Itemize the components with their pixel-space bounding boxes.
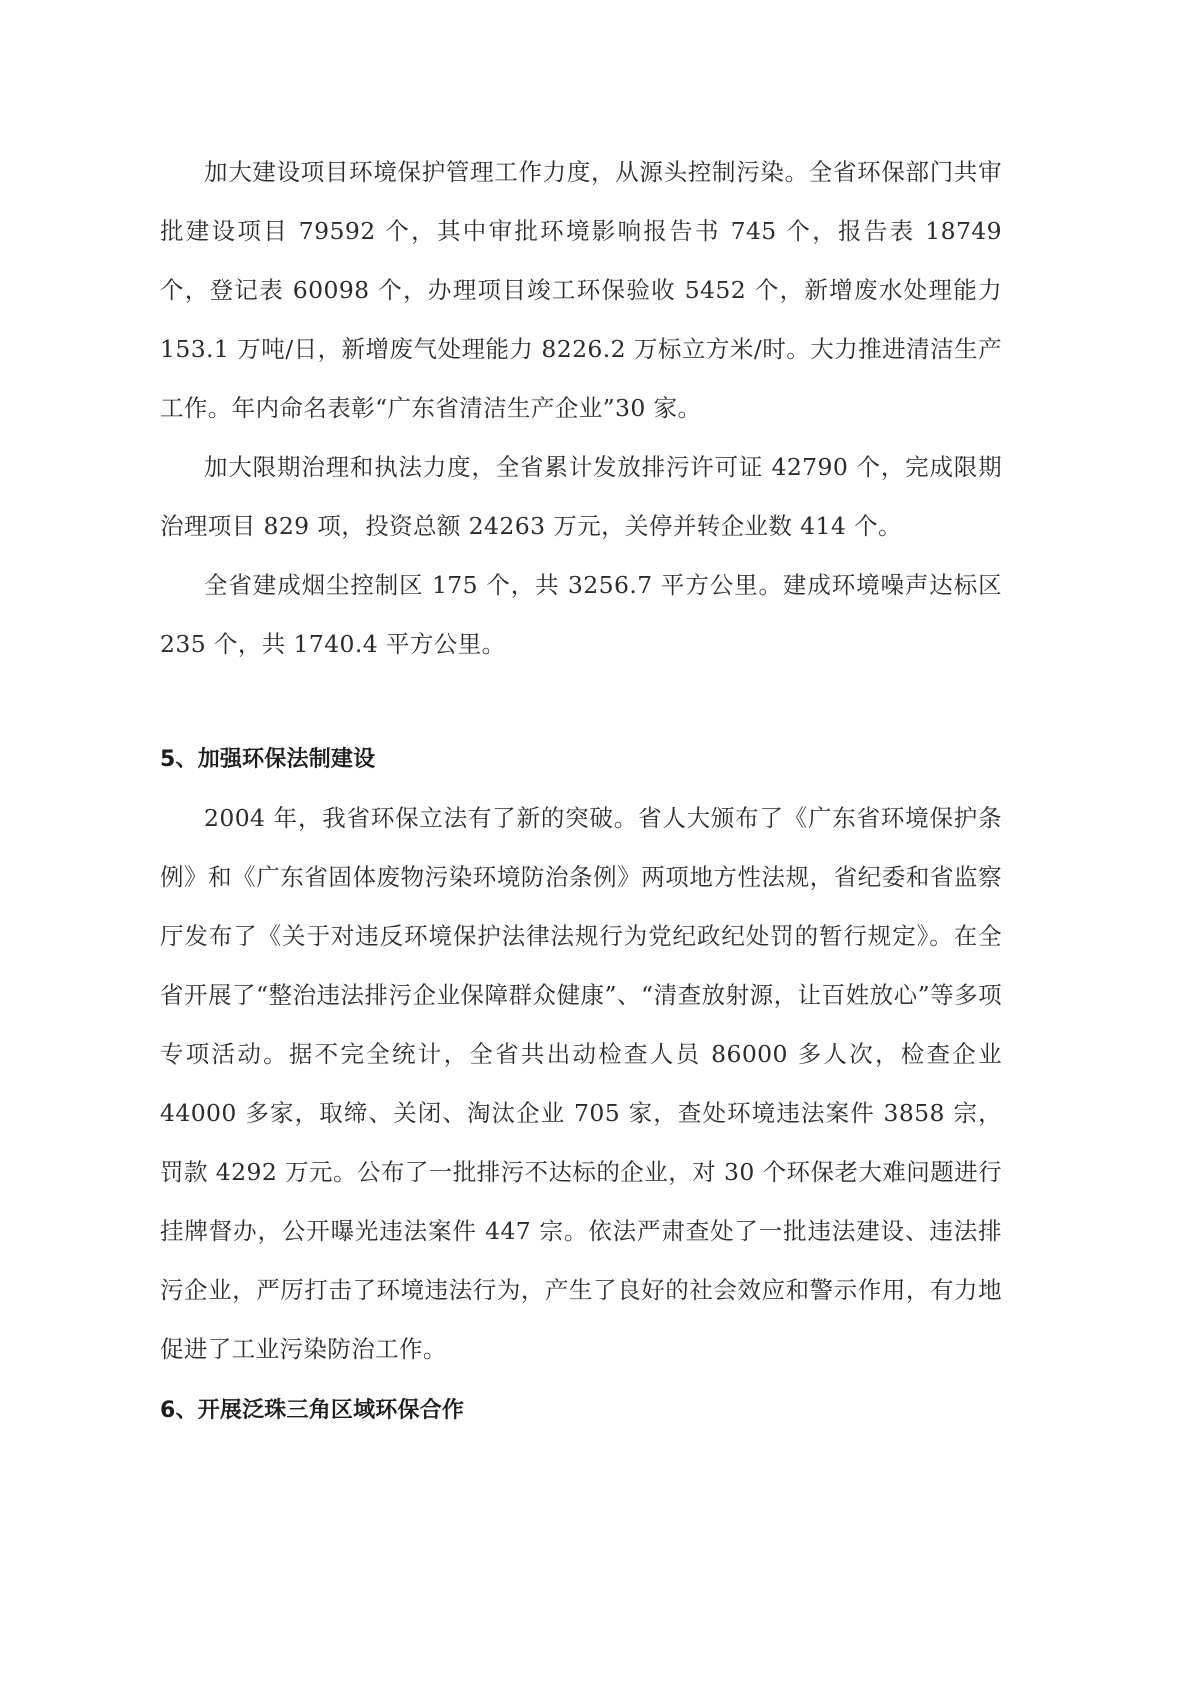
document-page: 加大建设项目环境保护管理工作力度，从源头控制污染。全省环保部门共审批建设项目 7… [160,143,1002,1440]
paragraph-enforcement: 加大限期治理和执法力度，全省累计发放排污许可证 42790 个，完成限期治理项目… [160,438,1002,556]
section-spacer [160,674,1002,730]
paragraph-construction-projects: 加大建设项目环境保护管理工作力度，从源头控制污染。全省环保部门共审批建设项目 7… [160,143,1002,438]
paragraph-control-zones: 全省建成烟尘控制区 175 个，共 3256.7 平方公里。建成环境噪声达标区 … [160,556,1002,674]
section-heading-5: 5、加强环保法制建设 [160,730,1002,789]
paragraph-legal-construction: 2004 年，我省环保立法有了新的突破。省人大颁布了《广东省环境保护条例》和《广… [160,789,1002,1379]
section-heading-6: 6、开展泛珠三角区域环保合作 [160,1381,1002,1440]
